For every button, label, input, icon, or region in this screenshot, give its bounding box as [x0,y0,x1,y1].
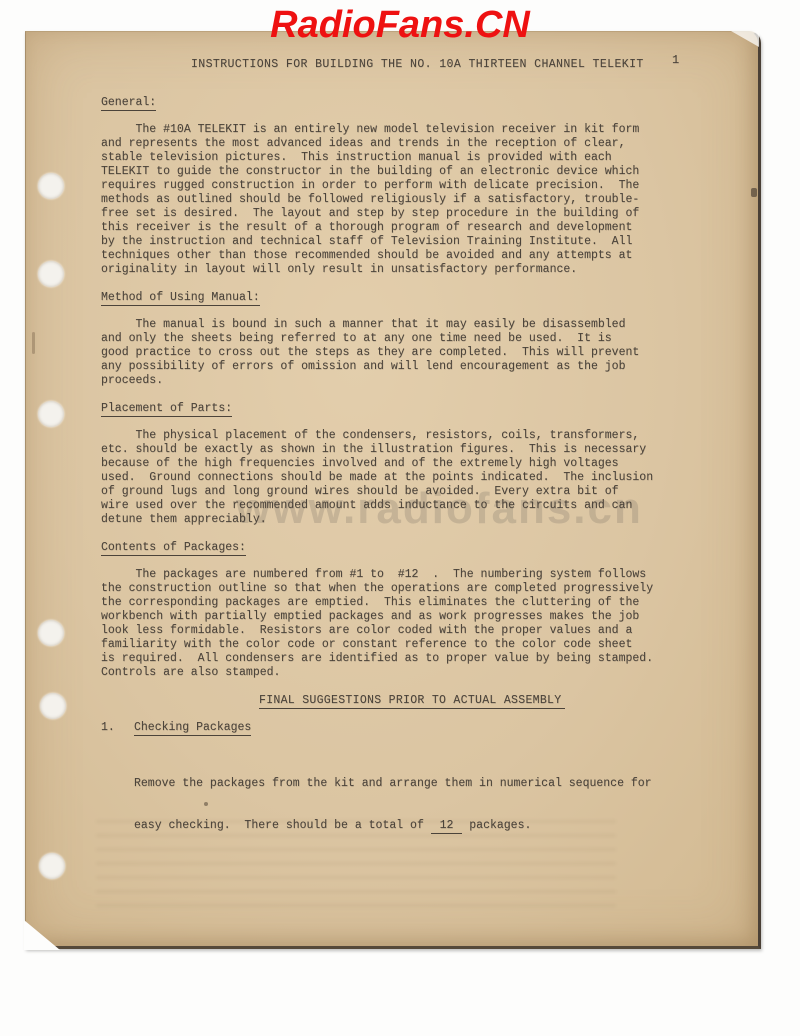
section-paragraph: The manual is bound in such a manner tha… [101,318,721,388]
section-heading: Method of Using Manual: [101,291,260,306]
clipped-corner [24,920,60,950]
section-paragraph: The physical placement of the condensers… [101,429,721,527]
document-page: www.radiofans.cn INSTRUCTIONS FOR BUILDI… [25,31,761,949]
section-heading: Placement of Parts: [101,402,232,417]
checklist-item-1: 1.Checking Packages [101,721,721,735]
punch-hole [40,693,66,719]
punch-hole [38,620,64,646]
radiofans-logo: RadioFans.CN [0,4,800,46]
item-title: Checking Packages [134,721,251,736]
page-number: 1 [672,53,679,67]
punch-hole [38,261,64,287]
punch-hole [38,173,64,199]
punch-hole [38,401,64,427]
ink-speck [32,332,35,354]
section-method-of-using-manual: Method of Using Manual: [101,291,721,305]
section-general: General: [101,96,721,110]
ink-speck [751,188,757,197]
filled-blank-total-packages: 12 [431,819,463,834]
section-paragraph: The packages are numbered from #1 to #12… [101,568,721,680]
section-paragraph: The #10A TELEKIT is an entirely new mode… [101,123,721,277]
punch-hole [39,853,65,879]
section-contents-of-packages: Contents of Packages: [101,541,721,555]
item-number: 1. [101,721,134,735]
final-suggestions-heading: FINAL SUGGESTIONS PRIOR TO ACTUAL ASSEMB… [259,694,721,708]
section-placement-of-parts: Placement of Parts: [101,402,721,416]
item-body-line2: easy checking. There should be a total o… [134,819,721,833]
section-heading: Contents of Packages: [101,541,246,556]
section-heading: General: [101,96,156,111]
document-title: INSTRUCTIONS FOR BUILDING THE NO. 10A TH… [191,58,644,72]
document-body: General: The #10A TELEKIT is an entirely… [101,96,721,861]
item-paragraph: Remove the packages from the kit and arr… [134,749,721,861]
item-body-line1: Remove the packages from the kit and arr… [134,777,721,791]
